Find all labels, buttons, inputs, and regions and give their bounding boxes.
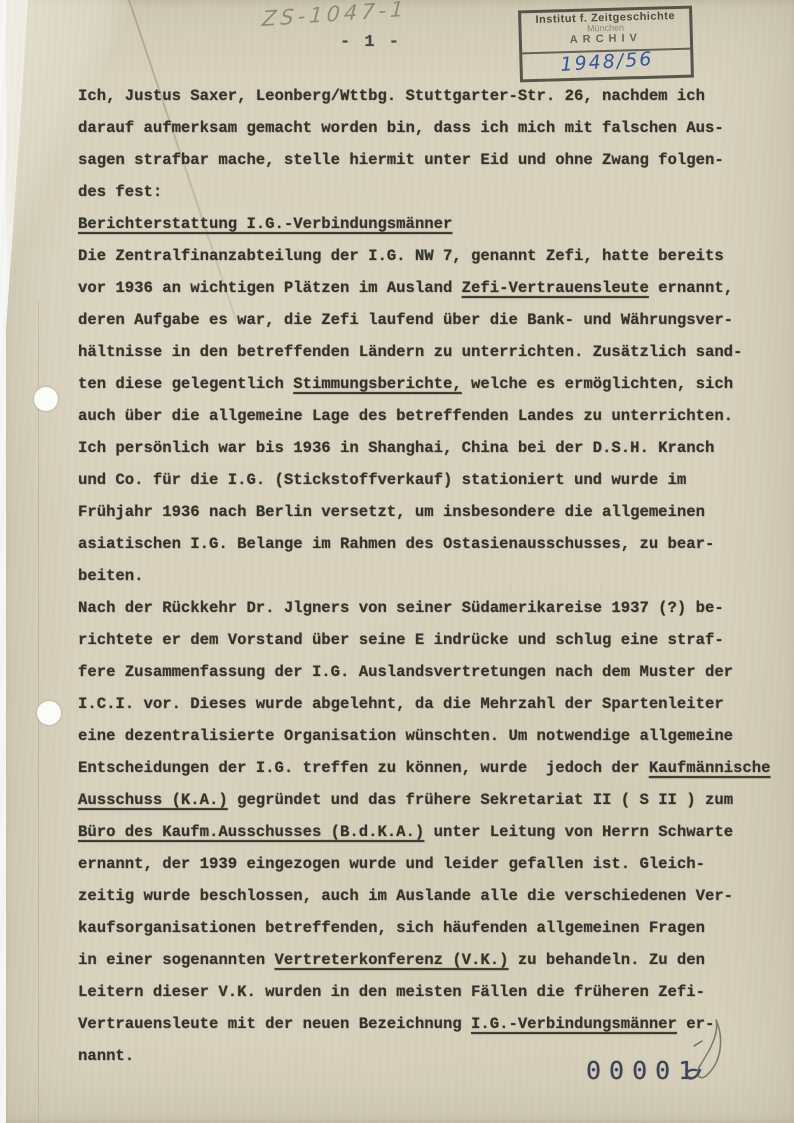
text-line: Leitern dieser V.K. wurden in den meiste… (78, 976, 778, 1008)
text-line: in einer sogenannten Vertreterkonferenz … (78, 944, 778, 976)
text-line: Vertrauensleute mit der neuen Bezeichnun… (78, 1008, 778, 1040)
text-line: Büro des Kaufm.Ausschusses (B.d.K.A.) un… (78, 816, 778, 848)
archive-accession-number: 1948/56 (559, 48, 653, 76)
text-line: kaufsorganisationen betreffenden, sich h… (78, 912, 778, 944)
text-line: Ich, Justus Saxer, Leonberg/Wttbg. Stutt… (78, 80, 778, 112)
text-line: darauf aufmerksam gemacht worden bin, da… (78, 112, 778, 144)
page-number: - 1 - (340, 33, 401, 52)
text-line: zeitig wurde beschlossen, auch im Auslan… (78, 880, 778, 912)
text-line: hältnisse in den betreffenden Ländern zu… (78, 336, 778, 368)
text-line: deren Aufgabe es war, die Zefi laufend ü… (78, 304, 778, 336)
text-line: richtete er dem Vorstand über seine E in… (78, 624, 778, 656)
text-line: fere Zusammenfassung der I.G. Auslandsve… (78, 656, 778, 688)
text-line: asiatischen I.G. Belange im Rahmen des O… (78, 528, 778, 560)
text-line: ten diese gelegentlich Stimmungsberichte… (78, 368, 778, 400)
handwritten-checkmark (676, 1018, 728, 1096)
archive-stamp: Institut f. Zeitgeschichte München ARCHI… (518, 6, 694, 83)
text-line: und Co. für die I.G. (Stickstoffverkauf)… (78, 464, 778, 496)
text-line: Ich persönlich war bis 1936 in Shanghai,… (78, 432, 778, 464)
punch-hole-top (34, 387, 58, 411)
text-line: Berichterstattung I.G.-Verbindungsmänner (78, 208, 778, 240)
text-line: beiten. (78, 560, 778, 592)
text-line: ernannt, der 1939 eingezogen wurde und l… (78, 848, 778, 880)
text-line: Frühjahr 1936 nach Berlin versetzt, um i… (78, 496, 778, 528)
text-line: sagen strafbar mache, stelle hiermit unt… (78, 144, 778, 176)
text-line: vor 1936 an wichtigen Plätzen im Ausland… (78, 272, 778, 304)
text-line: auch über die allgemeine Lage des betref… (78, 400, 778, 432)
text-line: Ausschuss (K.A.) gegründet und das frühe… (78, 784, 778, 816)
text-line: Die Zentralfinanzabteilung der I.G. NW 7… (78, 240, 778, 272)
text-line: des fest: (78, 176, 778, 208)
text-line: Entscheidungen der I.G. treffen zu könne… (78, 752, 778, 784)
text-line: I.C.I. vor. Dieses wurde abgelehnt, da d… (78, 688, 778, 720)
archive-stamp-header: Institut f. Zeitgeschichte München ARCHI… (521, 9, 690, 55)
document-text: Ich, Justus Saxer, Leonberg/Wttbg. Stutt… (78, 80, 778, 1072)
punch-hole-bottom (37, 701, 61, 725)
text-line: eine dezentralisierte Organisation wünsc… (78, 720, 778, 752)
text-line: Nach der Rückkehr Dr. Jlgners von seiner… (78, 592, 778, 624)
archive-stamp-number-cell: 1948/56 (522, 50, 691, 79)
